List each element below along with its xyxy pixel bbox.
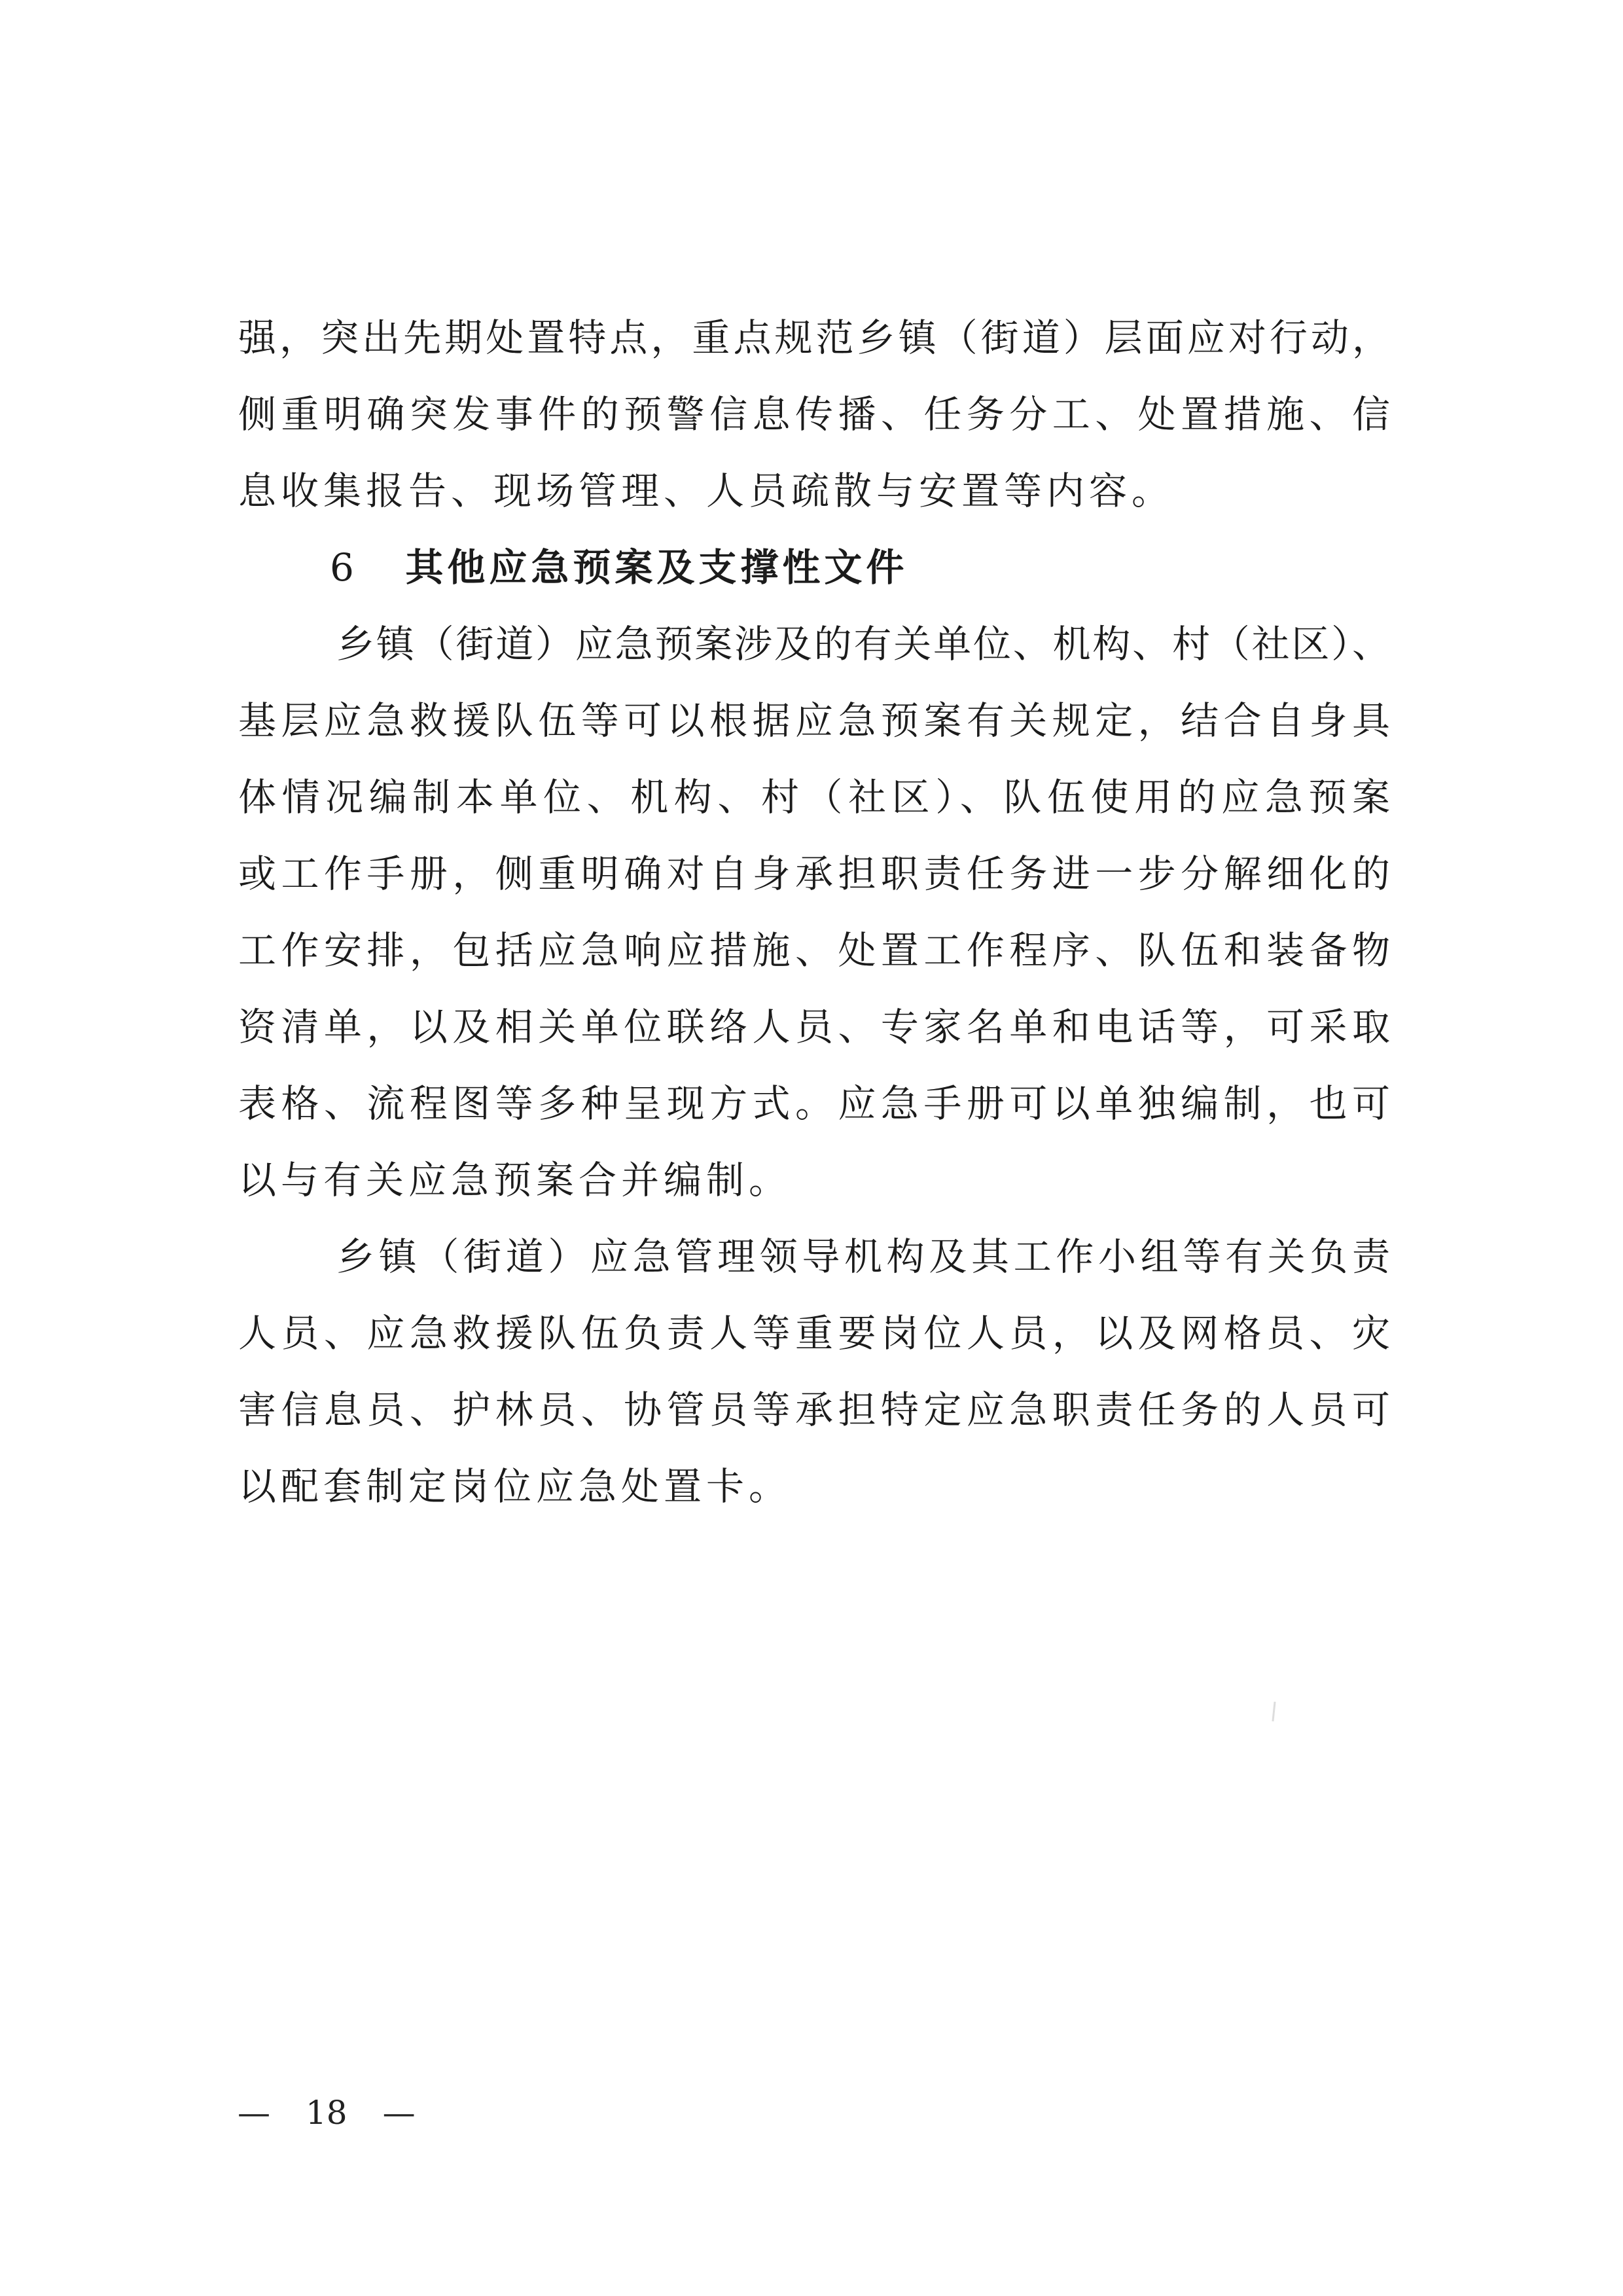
text-line: 乡镇（街道）应急预案涉及的有关单位、机构、村（社区）、: [238, 606, 1390, 683]
footer-dash-right: —: [383, 2096, 416, 2129]
section-heading: 6 其他应急预案及支撑性文件: [238, 529, 1390, 606]
text-line: 侧重明确突发事件的预警信息传播、任务分工、处置措施、信: [238, 376, 1390, 453]
footer-dash-left: —: [238, 2096, 270, 2129]
text-line: 基层应急救援队伍等可以根据应急预案有关规定，结合自身具: [238, 683, 1390, 759]
section-number: 6: [330, 545, 354, 590]
text-line: 息收集报告、现场管理、人员疏散与安置等内容。: [238, 453, 1390, 529]
text-line: 工作安排，包括应急响应措施、处置工作程序、队伍和装备物: [238, 912, 1390, 989]
document-page: 强，突出先期处置特点，重点规范乡镇（街道）层面应对行动， 侧重明确突发事件的预警…: [0, 0, 1623, 2296]
text-line: 害信息员、护林员、协管员等承担特定应急职责任务的人员可: [238, 1372, 1390, 1448]
scan-artifact: [1272, 1702, 1275, 1721]
text-line: 表格、流程图等多种呈现方式。应急手册可以单独编制，也可: [238, 1066, 1390, 1142]
page-number: 18: [306, 2096, 348, 2129]
text-line: 资清单，以及相关单位联络人员、专家名单和电话等，可采取: [238, 989, 1390, 1066]
text-line: 或工作手册，侧重明确对自身承担职责任务进一步分解细化的: [238, 836, 1390, 912]
text-line: 人员、应急救援队伍负责人等重要岗位人员，以及网格员、灾: [238, 1295, 1390, 1372]
text-line: 以配套制定岗位应急处置卡。: [238, 1448, 1390, 1525]
section-title: 其他应急预案及支撑性文件: [405, 545, 908, 590]
text-line: 强，突出先期处置特点，重点规范乡镇（街道）层面应对行动，: [238, 300, 1390, 376]
text-line: 体情况编制本单位、机构、村（社区）、队伍使用的应急预案: [238, 759, 1390, 836]
text-line: 乡镇（街道）应急管理领导机构及其工作小组等有关负责: [238, 1219, 1390, 1295]
page-footer: — 18 —: [238, 2096, 416, 2129]
page-body: 强，突出先期处置特点，重点规范乡镇（街道）层面应对行动， 侧重明确突发事件的预警…: [238, 300, 1390, 1525]
text-line: 以与有关应急预案合并编制。: [238, 1142, 1390, 1219]
